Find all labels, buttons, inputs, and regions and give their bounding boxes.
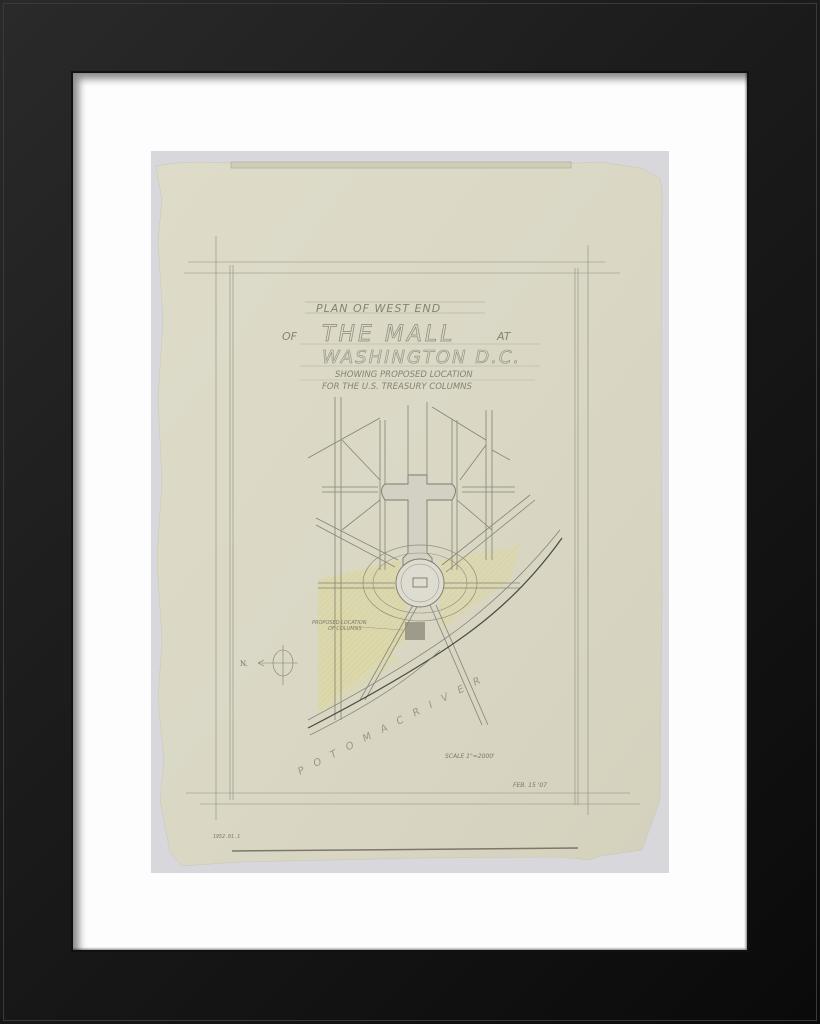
annotation-of-columns: OF COLUMNS bbox=[328, 626, 362, 632]
architectural-drawing: PLAN OF WEST END OF THE MALL AT WASHINGT… bbox=[151, 151, 669, 873]
title-line-3: WASHINGTON D.C. bbox=[322, 347, 521, 368]
scale-label: SCALE 1"=2000' bbox=[445, 753, 495, 760]
catalog-mark: 1952.01.1 bbox=[213, 834, 240, 840]
title-line-2-prefix: OF bbox=[282, 330, 298, 343]
north-label: N. bbox=[240, 660, 248, 668]
columns-site-marker bbox=[405, 622, 425, 640]
subtitle-line-2: FOR THE U.S. TREASURY COLUMNS bbox=[322, 382, 473, 392]
title-line-2-suffix: AT bbox=[496, 330, 512, 343]
title-line-2-main: THE MALL bbox=[322, 322, 455, 347]
title-line-1: PLAN OF WEST END bbox=[316, 302, 441, 315]
date-label: FEB. 15 '07 bbox=[513, 782, 547, 789]
memorial-circle bbox=[396, 559, 444, 607]
tape-top bbox=[231, 162, 571, 168]
subtitle-line-1: SHOWING PROPOSED LOCATION bbox=[335, 370, 473, 380]
